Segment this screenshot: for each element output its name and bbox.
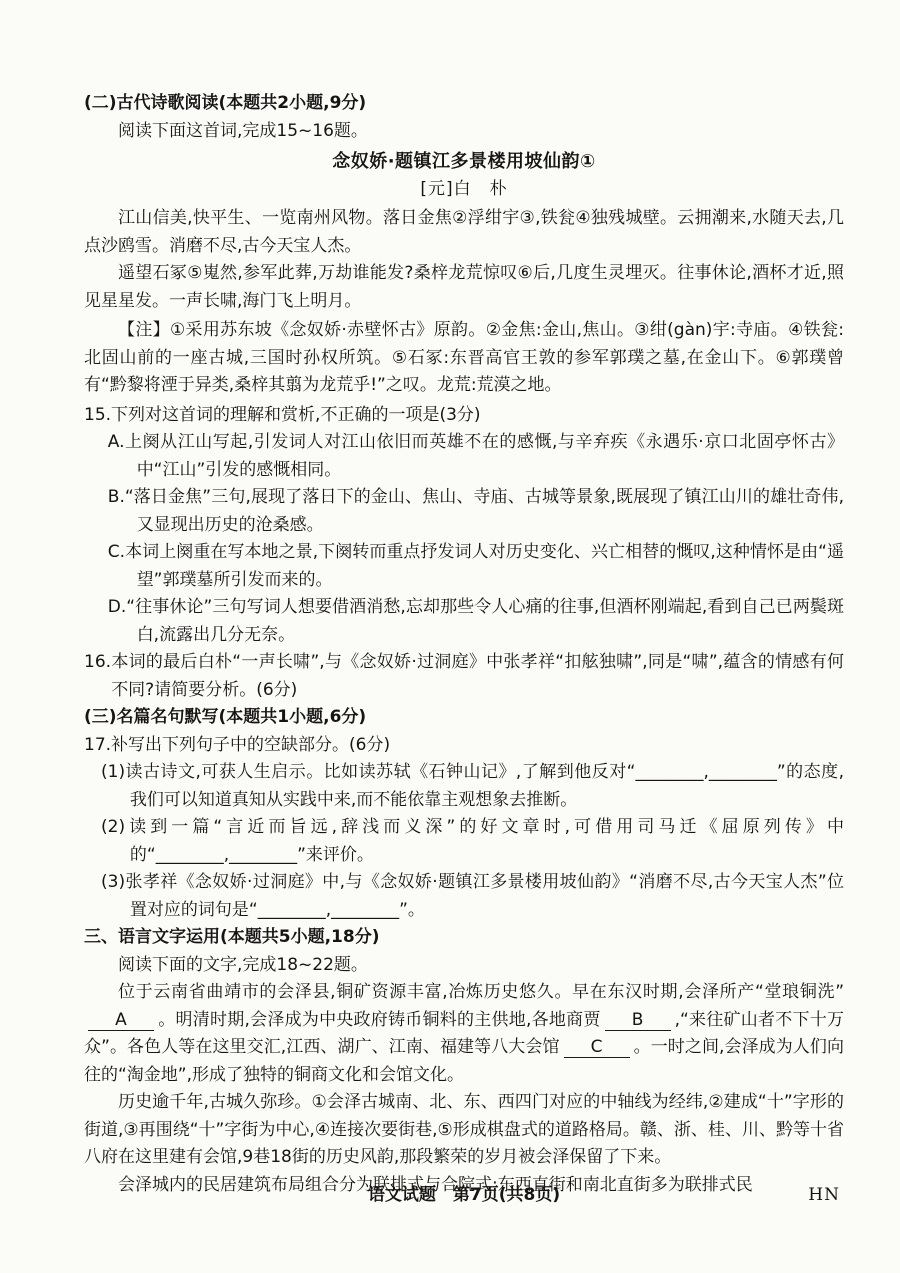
blank-c: C (564, 1037, 630, 1058)
question-15-option-d: D.“往事休论”三句写词人想要借酒消愁,忘却那些令人心痛的往事,但酒杯刚端起,看… (84, 594, 844, 649)
question-15-option-c: C.本词上阕重在写本地之景,下阕转而重点抒发词人对历史变化、兴亡相替的慨叹,这种… (84, 539, 844, 594)
poem-notes: 【注】①采用苏东坡《念奴娇·赤壁怀古》原韵。②金焦:金山,焦山。③绀(gàn)宇… (84, 317, 844, 400)
blank-b: B (605, 1010, 671, 1031)
poem-stanza-2: 遥望石冢⑤嵬然,参军此葬,万劫谁能发?桑梓龙荒惊叹⑥后,几度生灵埋灭。往事休论,… (84, 260, 844, 315)
footer-exam-code: HN (808, 1182, 840, 1210)
footer-page-number: 语文试题 第7页(共8页) (84, 1182, 844, 1210)
section3-heading: (三)名篇名句默写(本题共1小题,6分) (84, 704, 844, 732)
question-15-option-b: B.“落日金焦”三句,展现了落日下的金山、焦山、寺庙、古城等景象,既展现了镇江山… (84, 484, 844, 539)
question-17-stem: 17.补写出下列句子中的空缺部分。(6分) (84, 732, 844, 760)
lang-p1-seg1: 位于云南省曲靖市的会泽县,铜矿资源丰富,冶炼历史悠久。早在东汉时期,会泽所产“堂… (118, 982, 844, 1002)
lang-paragraph-1: 位于云南省曲靖市的会泽县,铜矿资源丰富,冶炼历史悠久。早在东汉时期,会泽所产“堂… (84, 979, 844, 1089)
question-16-stem: 16.本词的最后白朴“一声长啸”,与《念奴娇·过洞庭》中张孝祥“扣舷独啸”,同是… (84, 649, 844, 704)
poem-stanza-1: 江山信美,快平生、一览南州风物。落日金焦②浮绀宇③,铁瓮④独残城壁。云拥潮来,水… (84, 205, 844, 260)
question-17-item-2: (2)读到一篇“言近而旨远,辞浅而义深”的好文章时,可借用司马迁《屈原列传》中的… (101, 814, 844, 869)
question-17-item-3: (3)张孝祥《念奴娇·过洞庭》中,与《念奴娇·题镇江多景楼用坡仙韵》“消磨不尽,… (101, 869, 844, 924)
part3-heading: 三、语言文字运用(本题共5小题,18分) (84, 924, 844, 952)
page-footer: 语文试题 第7页(共8页) HN (84, 1182, 844, 1212)
section2-heading: (二)古代诗歌阅读(本题共2小题,9分) (84, 90, 844, 118)
blank-a: A (88, 1010, 154, 1031)
poem-title: 念奴娇·题镇江多景楼用坡仙韵① (84, 148, 844, 176)
lang-paragraph-2: 历史逾千年,古城久弥珍。①会泽古城南、北、东、西四门对应的中轴线为经纬,②建成“… (84, 1089, 844, 1172)
question-15-stem: 15.下列对这首词的理解和赏析,不正确的一项是(3分) (84, 402, 844, 430)
part3-intro: 阅读下面的文字,完成18~22题。 (84, 952, 844, 980)
question-17-item-1: (1)读古诗文,可获人生启示。比如读苏轼《石钟山记》,了解到他反对“______… (101, 759, 844, 814)
question-15-option-a: A.上阕从江山写起,引发词人对江山依旧而英雄不在的感慨,与辛弃疾《永遇乐·京口北… (84, 429, 844, 484)
lang-p1-seg2: 。明清时期,会泽成为中央政府铸币铜料的主供地,各地商贾 (158, 1010, 601, 1030)
exam-page: (二)古代诗歌阅读(本题共2小题,9分) 阅读下面这首词,完成15~16题。 念… (0, 0, 900, 1273)
poem-author: [元]白 朴 (84, 176, 844, 204)
section2-intro: 阅读下面这首词,完成15~16题。 (84, 118, 844, 146)
